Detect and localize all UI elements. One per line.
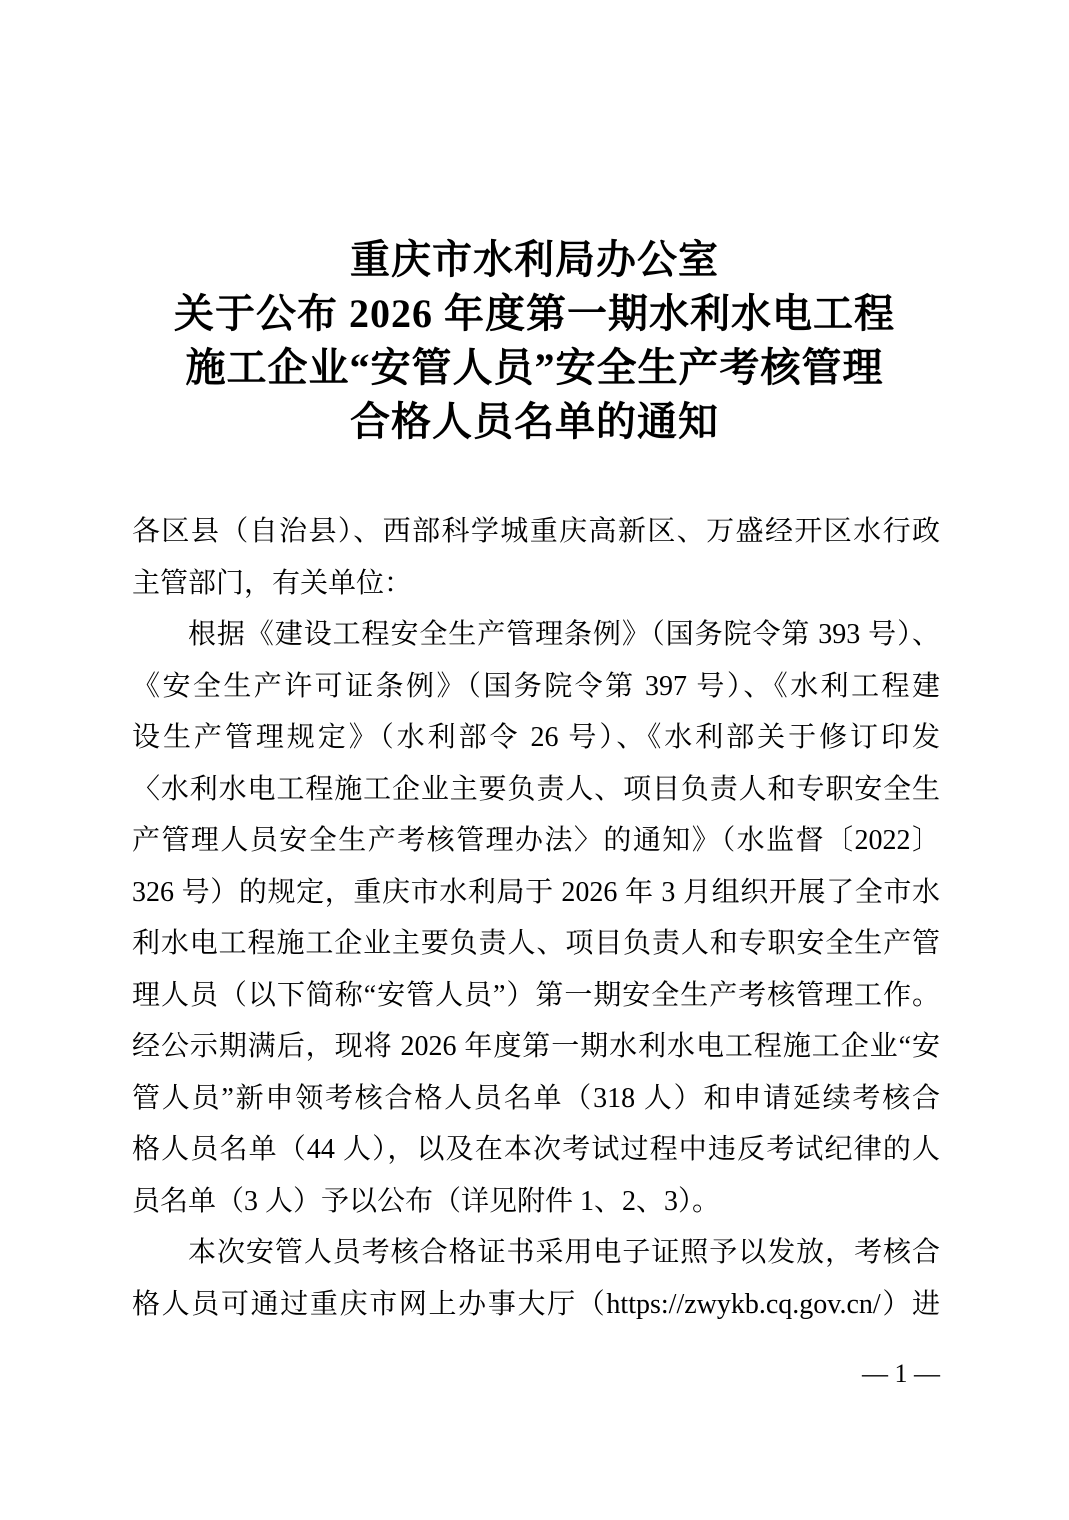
body-line: 管人员”新申领考核合格人员名单（318 人）和申请延续考核合 (132, 1073, 940, 1125)
title-line: 合格人员名单的通知 (0, 395, 1069, 449)
body-line: 格人员名单（44 人），以及在本次考试过程中违反考试纪律的人 (132, 1124, 940, 1176)
body-line: 员名单（3 人）予以公布（详见附件 1、2、3）。 (132, 1176, 940, 1228)
title-line: 关于公布 2026 年度第一期水利水电工程 (0, 287, 1069, 341)
body-line: 经公示期满后，现将 2026 年度第一期水利水电工程施工企业“安 (132, 1021, 940, 1073)
document-page: 重庆市水利局办公室 关于公布 2026 年度第一期水利水电工程 施工企业“安管人… (0, 0, 1069, 1520)
body-line: 主管部门，有关单位： (132, 558, 940, 610)
document-title: 重庆市水利局办公室 关于公布 2026 年度第一期水利水电工程 施工企业“安管人… (0, 233, 1069, 449)
body-line: 本次安管人员考核合格证书采用电子证照予以发放，考核合 (132, 1227, 940, 1279)
body-line: 326 号）的规定，重庆市水利局于 2026 年 3 月组织开展了全市水 (132, 867, 940, 919)
page-number: — 1 — (862, 1358, 940, 1390)
body-line: 格人员可通过重庆市网上办事大厅（https://zwykb.cq.gov.cn/… (132, 1279, 940, 1331)
body-line: 《安全生产许可证条例》（国务院令第 397 号）、《水利工程建 (132, 661, 940, 713)
body-line: 利水电工程施工企业主要负责人、项目负责人和专职安全生产管 (132, 918, 940, 970)
body-line: 各区县（自治县）、西部科学城重庆高新区、万盛经开区水行政 (132, 506, 940, 558)
body-line: 理人员（以下简称“安管人员”）第一期安全生产考核管理工作。 (132, 970, 940, 1022)
body-line: 根据《建设工程安全生产管理条例》（国务院令第 393 号）、 (132, 609, 940, 661)
body-line: 产管理人员安全生产考核管理办法〉的通知》（水监督〔2022〕 (132, 815, 940, 867)
body-line: 〈水利水电工程施工企业主要负责人、项目负责人和专职安全生 (132, 764, 940, 816)
title-line: 重庆市水利局办公室 (0, 233, 1069, 287)
body-line: 设生产管理规定》（水利部令 26 号）、《水利部关于修订印发 (132, 712, 940, 764)
document-body: 各区县（自治县）、西部科学城重庆高新区、万盛经开区水行政 主管部门，有关单位： … (132, 506, 940, 1330)
title-line: 施工企业“安管人员”安全生产考核管理 (0, 341, 1069, 395)
